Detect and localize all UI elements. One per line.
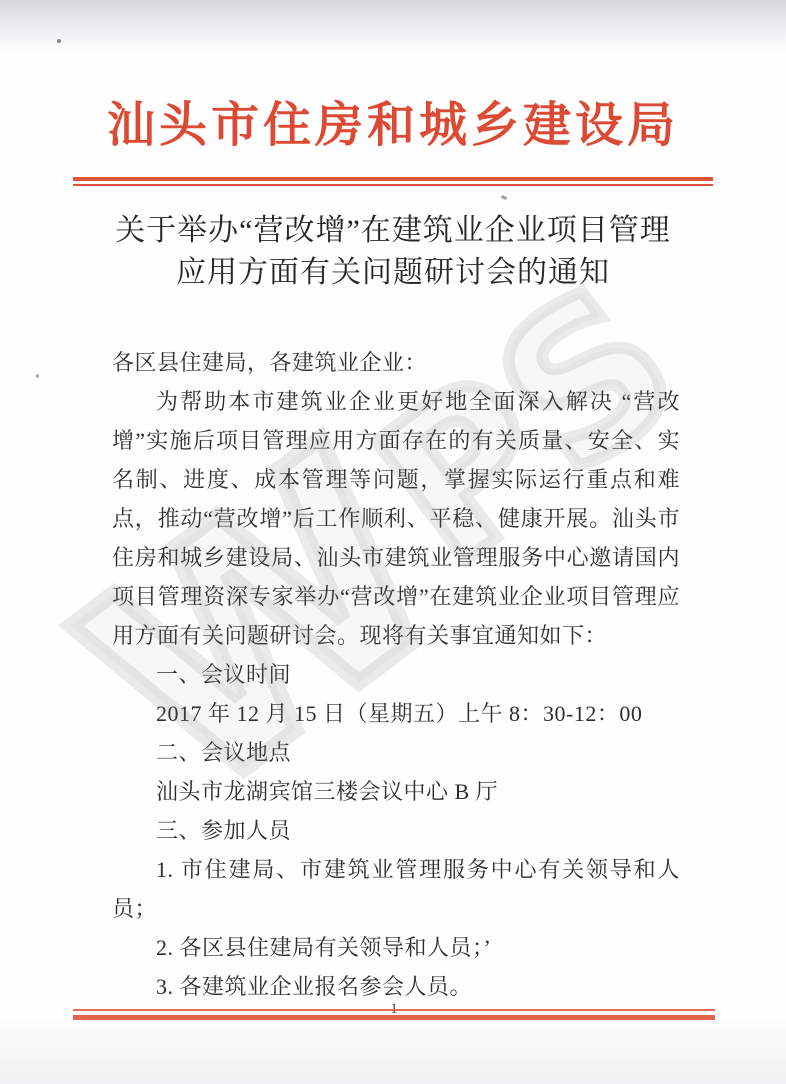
header-rule-thin	[73, 184, 713, 186]
scan-speck	[57, 39, 61, 43]
footer-double-rule	[73, 1004, 715, 1020]
attendee-item-2: 2. 各区县住建局有关领导和人员；’	[112, 928, 680, 967]
document-body: 各区县住建局，各建筑业企业： 为帮助本市建筑业企业更好地全面深入解决 “营改增”…	[112, 343, 680, 1006]
document-header: 汕头市住房和城乡建设局	[0, 96, 786, 186]
scanned-document-page: W PS 汕头市住房和城乡建设局 关于举办“营改增”在建筑业企业项目管理 应用方…	[0, 0, 786, 1084]
attendee-item-1: 1. 市住建局、市建筑业管理服务中心有关领导和人员；	[112, 850, 680, 928]
issuing-agency-title: 汕头市住房和城乡建设局	[40, 96, 746, 156]
section-3-heading: 三、参加人员	[112, 811, 680, 850]
scan-speck	[501, 195, 508, 200]
section-1-heading: 一、会议时间	[112, 655, 680, 694]
header-double-rule	[73, 177, 713, 186]
document-footer: 1	[73, 1004, 715, 1028]
document-title-line2: 应用方面有关问题研讨会的通知	[0, 252, 786, 294]
document-title: 关于举办“营改增”在建筑业企业项目管理 应用方面有关问题研讨会的通知	[0, 210, 786, 294]
scan-speck	[36, 374, 39, 378]
meeting-venue-line: 汕头市龙湖宾馆三楼会议中心 B 厅	[112, 772, 680, 811]
document-title-line1: 关于举办“营改增”在建筑业企业项目管理	[0, 210, 786, 252]
intro-paragraph: 为帮助本市建筑业企业更好地全面深入解决 “营改增”实施后项目管理应用方面存在的有…	[112, 382, 680, 655]
footer-rule-thin	[73, 1009, 715, 1011]
salutation: 各区县住建局，各建筑业企业：	[112, 343, 680, 382]
scan-top-shadow	[0, 0, 786, 52]
footer-rule-thick	[73, 1015, 715, 1020]
section-2-heading: 二、会议地点	[112, 733, 680, 772]
meeting-time-line: 2017 年 12 月 15 日（星期五）上午 8：30-12：00	[112, 694, 680, 733]
